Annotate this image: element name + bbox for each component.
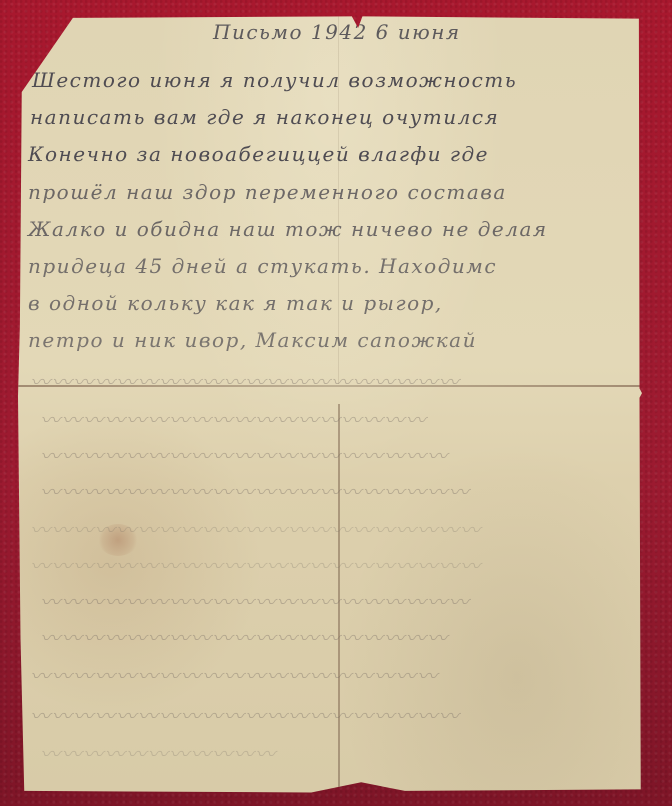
faded-line: 〰〰〰〰〰〰〰〰〰〰〰〰〰〰〰〰〰〰〰〰〰 [30, 550, 482, 579]
letter-line: в одной кольку как я так и рыгор, [28, 291, 443, 315]
letter-line: прошёл наш здор переменного состава [28, 180, 507, 204]
letter-line: Шестого июня я получил возможность [32, 68, 517, 92]
faded-line: 〰〰〰〰〰〰〰〰〰〰〰〰〰〰〰〰〰〰〰 [40, 622, 449, 651]
faded-line: 〰〰〰〰〰〰〰〰〰〰〰〰〰〰〰〰〰〰 [40, 404, 427, 433]
letter-line: написать вам где я наконец очутился [30, 105, 499, 129]
faded-line: 〰〰〰〰〰〰〰〰〰〰〰〰〰〰〰〰〰〰〰〰 [30, 700, 460, 729]
letter-line: Жалко и обидна наш тож ничево не делая [28, 217, 548, 241]
faded-line: 〰〰〰〰〰〰〰〰〰〰〰〰〰〰〰〰〰〰〰 [30, 660, 439, 689]
faded-line: 〰〰〰〰〰〰〰〰〰〰〰〰〰〰〰〰〰〰〰 [40, 440, 449, 469]
letter-paper: Письмо 1942 6 июня Шестого июня я получи… [18, 14, 642, 794]
faded-line: 〰〰〰〰〰〰〰〰〰〰〰〰〰〰〰〰〰〰〰〰〰 [30, 514, 482, 543]
letter-line: петро и ник ивор, Максим сапожкай [28, 328, 477, 352]
faded-line: 〰〰〰〰〰〰〰〰〰〰〰 [40, 738, 277, 767]
letter-line: Конечно за новоабегиццей влагфи где [28, 142, 489, 166]
letter-heading: Письмо 1942 6 июня [213, 20, 461, 44]
faded-line: 〰〰〰〰〰〰〰〰〰〰〰〰〰〰〰〰〰〰〰〰 [30, 366, 460, 395]
letter-line: придеца 45 дней а стукать. Находимс [28, 254, 497, 278]
faded-line: 〰〰〰〰〰〰〰〰〰〰〰〰〰〰〰〰〰〰〰〰 [40, 476, 470, 505]
faded-line: 〰〰〰〰〰〰〰〰〰〰〰〰〰〰〰〰〰〰〰〰 [40, 586, 470, 615]
